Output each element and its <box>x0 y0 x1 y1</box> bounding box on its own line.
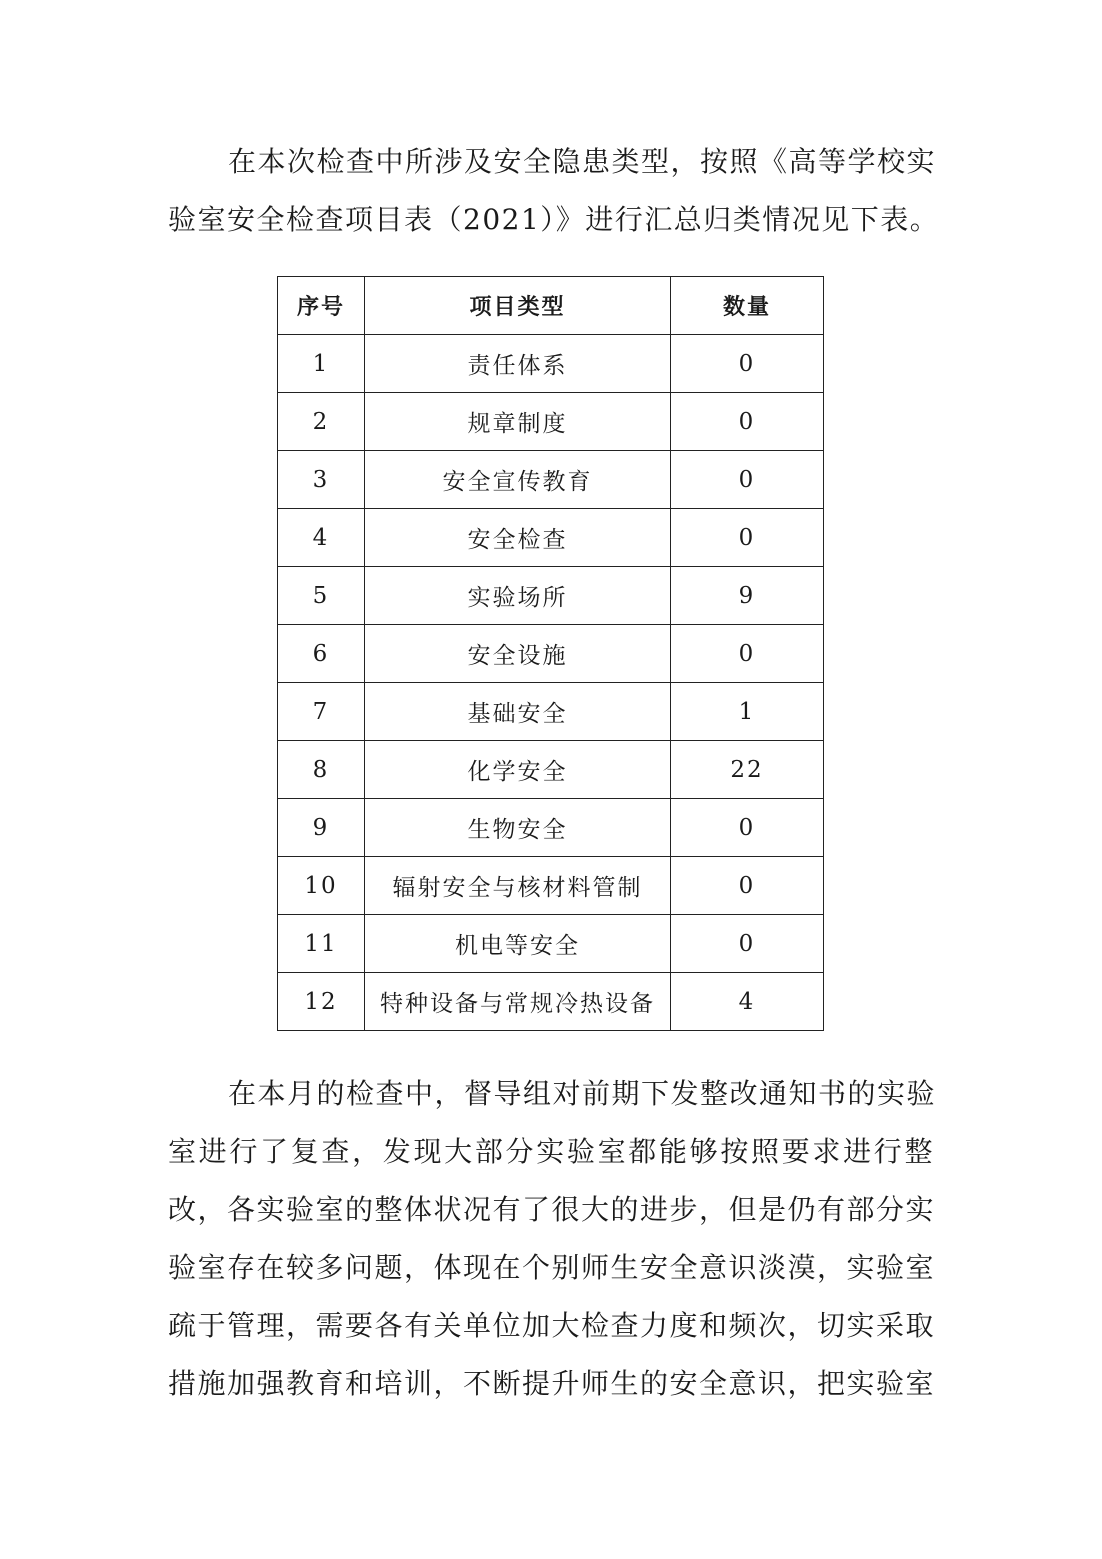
paragraph-line: 改，各实验室的整体状况有了很大的进步，但是仍有部分实 <box>168 1181 934 1239</box>
cell-type: 安全设施 <box>365 625 671 683</box>
cell-type: 生物安全 <box>365 799 671 857</box>
cell-count: 0 <box>671 509 824 567</box>
cell-type: 机电等安全 <box>365 915 671 973</box>
cell-type: 基础安全 <box>365 683 671 741</box>
cell-count: 0 <box>671 393 824 451</box>
cell-count: 0 <box>671 915 824 973</box>
table-row: 8化学安全22 <box>278 741 824 799</box>
cell-type: 辐射安全与核材料管制 <box>365 857 671 915</box>
paragraph-line: 措施加强教育和培训，不断提升师生的安全意识，把实验室 <box>168 1355 934 1413</box>
cell-count: 0 <box>671 625 824 683</box>
cell-count: 9 <box>671 567 824 625</box>
cell-no: 10 <box>278 857 365 915</box>
table-row: 2规章制度0 <box>278 393 824 451</box>
cell-no: 7 <box>278 683 365 741</box>
table-row: 3安全宣传教育0 <box>278 451 824 509</box>
cell-type: 安全宣传教育 <box>365 451 671 509</box>
cell-no: 5 <box>278 567 365 625</box>
cell-type: 责任体系 <box>365 335 671 393</box>
table-row: 12特种设备与常规冷热设备4 <box>278 973 824 1031</box>
cell-no: 6 <box>278 625 365 683</box>
cell-count: 0 <box>671 335 824 393</box>
table-row: 10辐射安全与核材料管制0 <box>278 857 824 915</box>
table-row: 9生物安全0 <box>278 799 824 857</box>
paragraph-line: 疏于管理，需要各有关单位加大检查力度和频次，切实采取 <box>168 1297 934 1355</box>
cell-count: 22 <box>671 741 824 799</box>
header-count: 数量 <box>671 277 824 335</box>
table-row: 7基础安全1 <box>278 683 824 741</box>
cell-no: 8 <box>278 741 365 799</box>
cell-no: 3 <box>278 451 365 509</box>
table-row: 4安全检查0 <box>278 509 824 567</box>
table-row: 6安全设施0 <box>278 625 824 683</box>
cell-count: 1 <box>671 683 824 741</box>
table-row: 1责任体系0 <box>278 335 824 393</box>
header-no: 序号 <box>278 277 365 335</box>
cell-type: 特种设备与常规冷热设备 <box>365 973 671 1031</box>
table-row: 5实验场所9 <box>278 567 824 625</box>
cell-count: 0 <box>671 857 824 915</box>
header-type: 项目类型 <box>365 277 671 335</box>
table-row: 11机电等安全0 <box>278 915 824 973</box>
cell-no: 2 <box>278 393 365 451</box>
cell-no: 4 <box>278 509 365 567</box>
hazard-summary-table: 序号 项目类型 数量 1责任体系0 2规章制度0 3安全宣传教育0 4安全检查0… <box>277 276 824 1031</box>
cell-type: 化学安全 <box>365 741 671 799</box>
cell-no: 12 <box>278 973 365 1031</box>
paragraph-line: 验室安全检查项目表（2021）》进行汇总归类情况见下表。 <box>168 191 934 249</box>
paragraph-line: 验室存在较多问题，体现在个别师生安全意识淡漠，实验室 <box>168 1239 934 1297</box>
cell-type: 安全检查 <box>365 509 671 567</box>
cell-no: 11 <box>278 915 365 973</box>
cell-count: 0 <box>671 799 824 857</box>
cell-count: 4 <box>671 973 824 1031</box>
cell-type: 规章制度 <box>365 393 671 451</box>
cell-no: 1 <box>278 335 365 393</box>
cell-count: 0 <box>671 451 824 509</box>
cell-no: 9 <box>278 799 365 857</box>
paragraph-line: 室进行了复查，发现大部分实验室都能够按照要求进行整 <box>168 1123 934 1181</box>
table-header-row: 序号 项目类型 数量 <box>278 277 824 335</box>
paragraph-line: 在本月的检查中，督导组对前期下发整改通知书的实验 <box>228 1065 934 1123</box>
cell-type: 实验场所 <box>365 567 671 625</box>
paragraph-line: 在本次检查中所涉及安全隐患类型，按照《高等学校实 <box>228 133 934 191</box>
